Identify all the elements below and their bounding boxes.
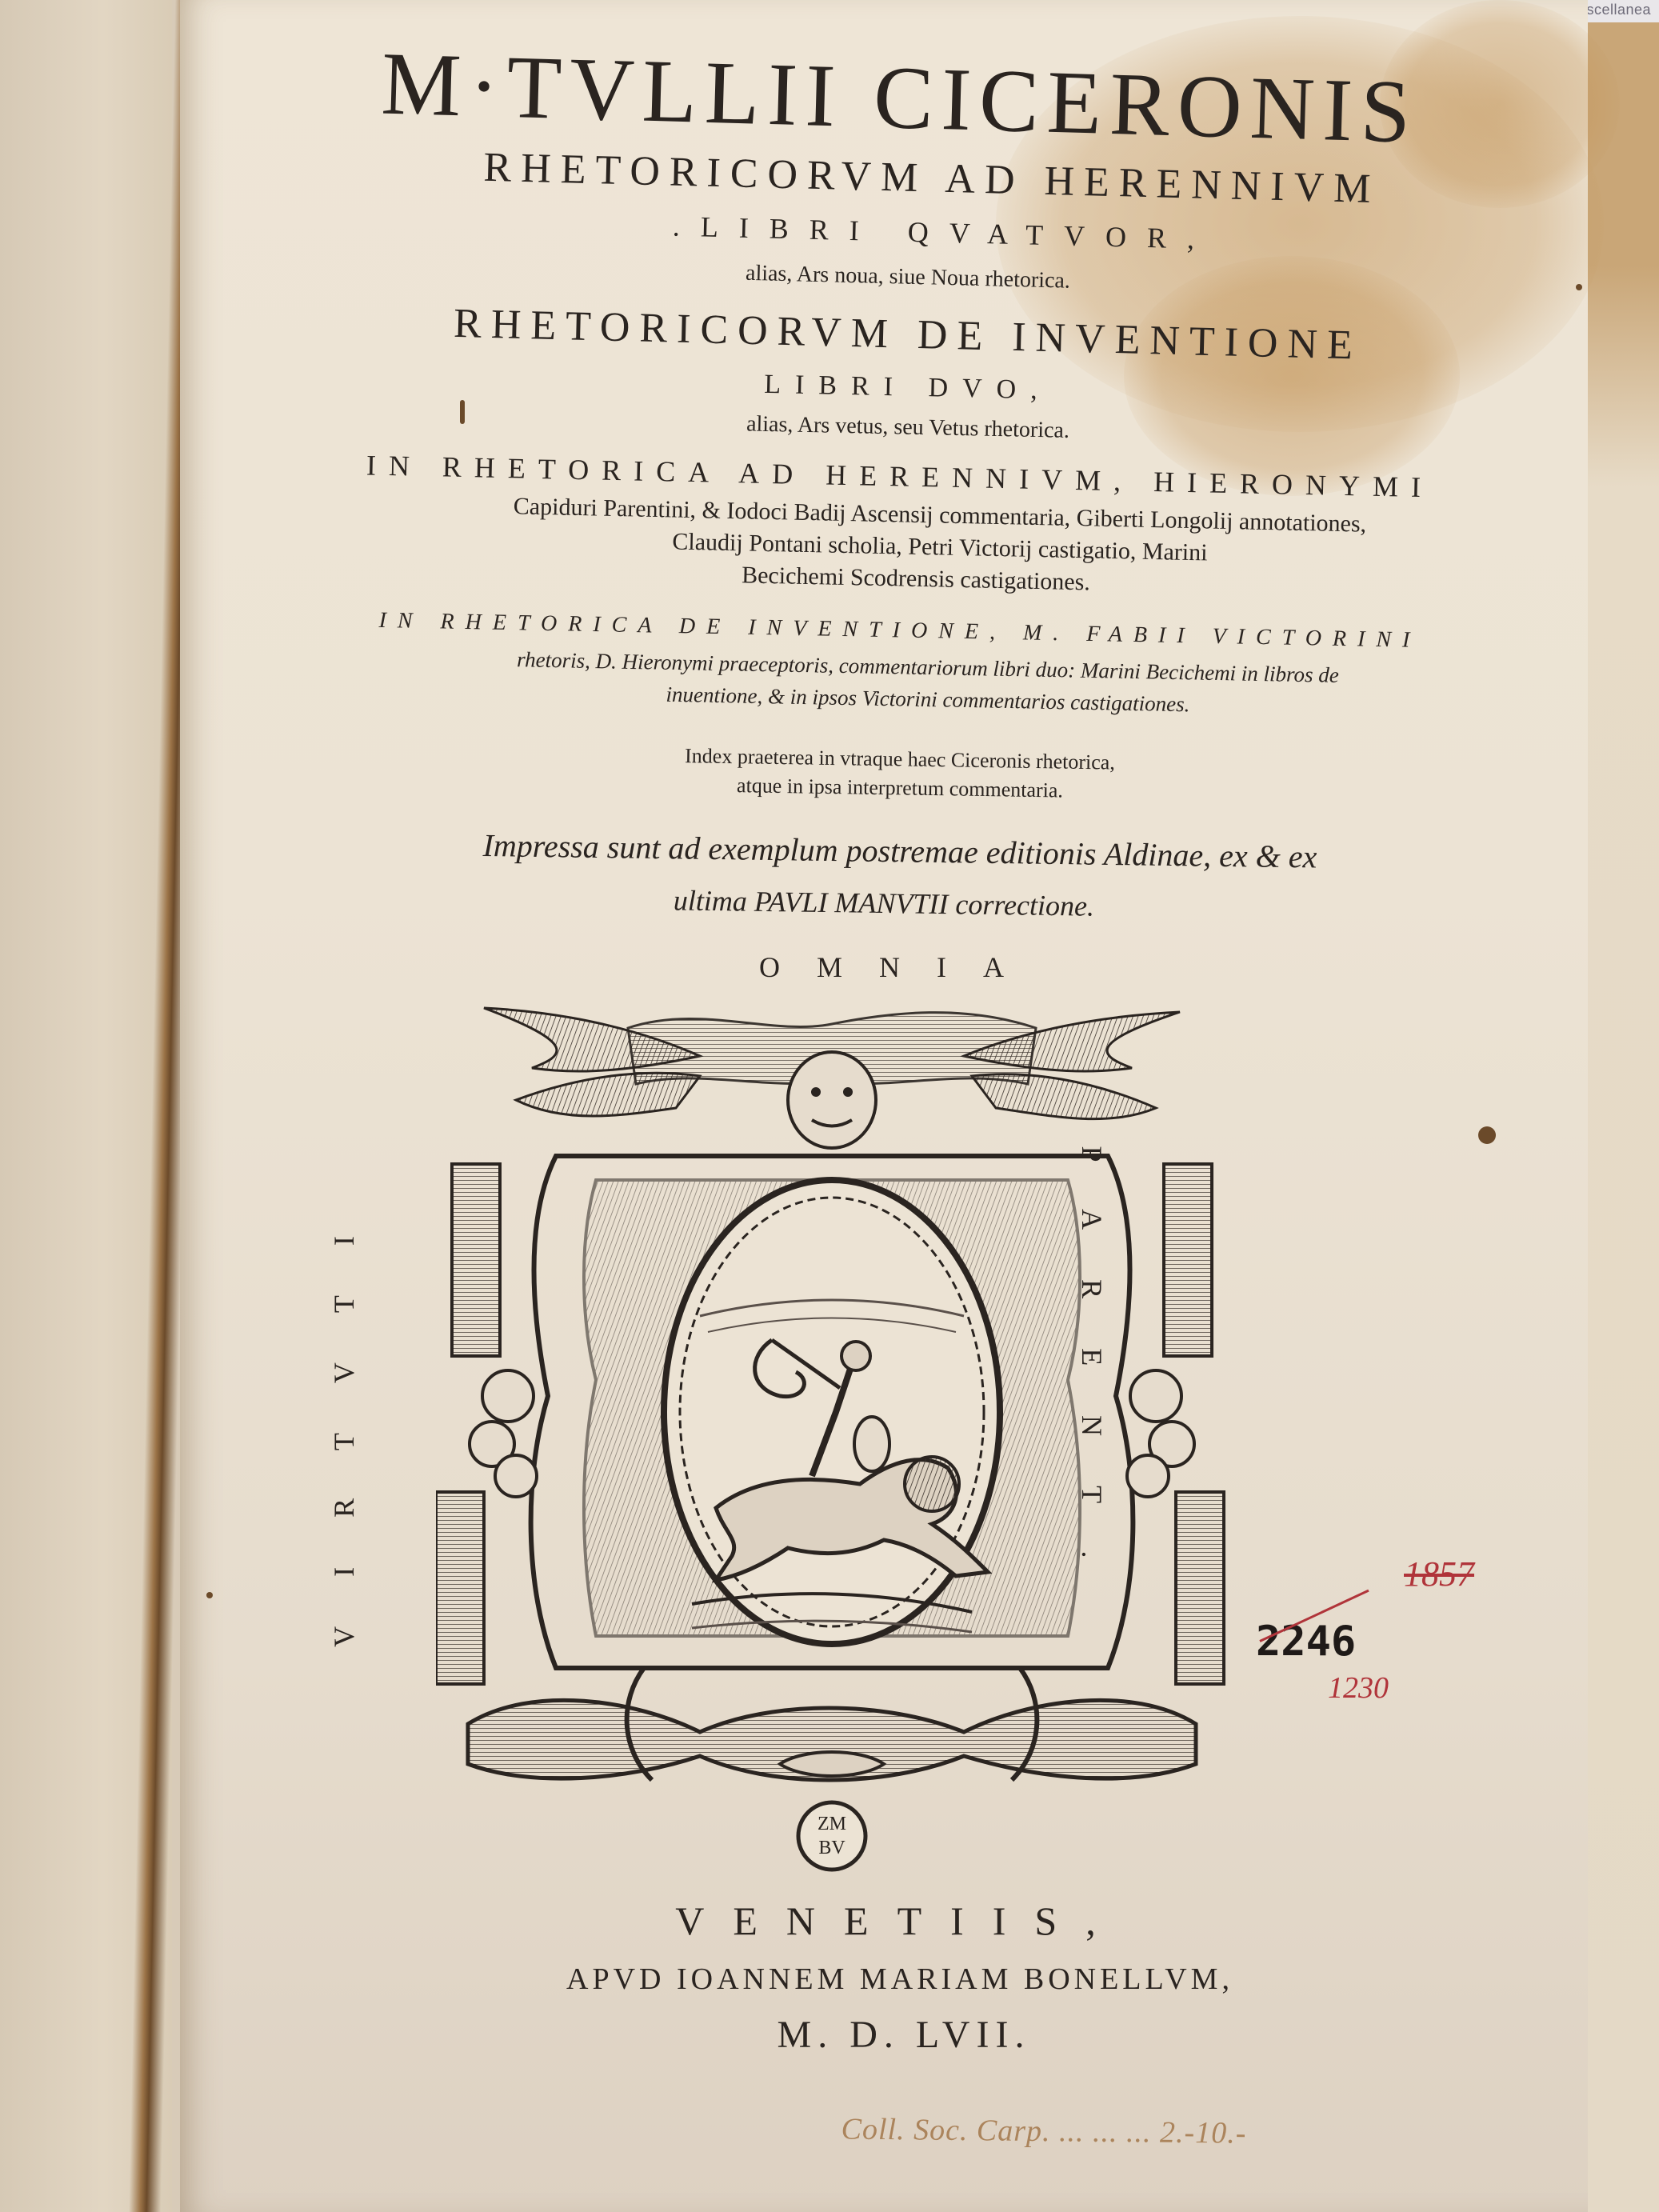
ink-speck <box>206 1592 213 1598</box>
imprint-place: VENETIIS, <box>180 1898 1588 1944</box>
imprint-note-line: Impressa sunt ad exemplum postremae edit… <box>180 822 1588 880</box>
shelfmark-stamped: 2246 <box>1256 1618 1356 1666</box>
ink-speck <box>1576 284 1582 290</box>
printers-device-woodcut: ZM BV <box>436 980 1228 1876</box>
device-monogram-top: ZM <box>818 1814 846 1834</box>
ink-speck <box>460 400 465 424</box>
manuscript-ownership-note: Coll. Soc. Carp. ... ... ... 2.-10.- <box>180 2105 1588 2154</box>
imprint-note-line: ultima PAVLI MANVTII correctione. <box>180 877 1588 930</box>
woodcut-illustration: ZM BV <box>436 980 1228 1876</box>
ink-speck <box>1478 1126 1496 1144</box>
imprint-year: M. D. LVII. <box>180 2013 1588 2057</box>
shelfmark-red-bottom: 1230 <box>1328 1670 1389 1706</box>
device-monogram-bottom: BV <box>818 1838 845 1858</box>
device-motto-top: OMNIA <box>180 950 1588 984</box>
imprint-printer: APVD IOANNEM MARIAM BONELLVM, <box>180 1962 1588 1997</box>
shelfmark-red-top: 1857 <box>1404 1554 1474 1594</box>
device-motto-left: VIRTVTI <box>327 1137 361 1697</box>
